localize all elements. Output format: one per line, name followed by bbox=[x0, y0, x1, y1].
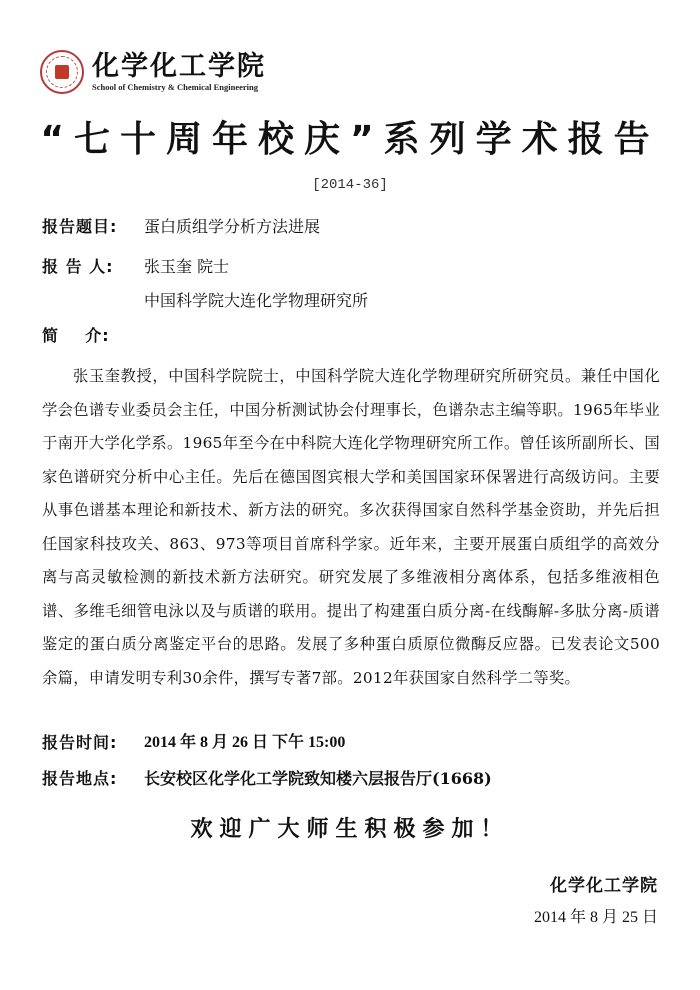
topic-label: 报告题目: bbox=[42, 215, 144, 239]
school-name-en: School of Chemistry & Chemical Engineeri… bbox=[92, 82, 266, 92]
school-logo: 化学化工学院 School of Chemistry & Chemical En… bbox=[40, 46, 275, 98]
time-label: 报告时间: bbox=[42, 731, 144, 755]
university-seal-icon bbox=[40, 50, 84, 94]
location-label: 报告地点: bbox=[42, 767, 144, 791]
speaker-label: 报 告 人: bbox=[42, 255, 144, 279]
time-value: 2014 年 8 月 26 日 下午 15:00 bbox=[144, 731, 345, 755]
page-title: “七十周年校庆”系列学术报告 bbox=[0, 110, 700, 170]
location-value: 长安校区化学化工学院致知楼六层报告厅(1668) bbox=[144, 767, 492, 791]
signature: 化学化工学院 bbox=[550, 871, 658, 896]
topic-field: 报告题目: 蛋白质组学分析方法进展 bbox=[42, 215, 320, 239]
report-code: [2014-36] bbox=[0, 177, 700, 193]
intro-label: 简 介: bbox=[42, 324, 144, 348]
welcome-message: 欢迎广大师生积极参加！ bbox=[0, 812, 700, 843]
speaker-bio: 张玉奎教授，中国科学院院士，中国科学院大连化学物理研究所研究员。兼任中国化学会色… bbox=[42, 360, 660, 695]
time-field: 报告时间: 2014 年 8 月 26 日 下午 15:00 bbox=[42, 731, 345, 755]
speaker-field: 报 告 人: 张玉奎 院士 bbox=[42, 255, 229, 279]
issue-date: 2014 年 8 月 25 日 bbox=[534, 904, 658, 927]
school-name-cn: 化学化工学院 bbox=[92, 52, 266, 82]
affiliation-value: 中国科学院大连化学物理研究所 bbox=[144, 289, 368, 313]
topic-value: 蛋白质组学分析方法进展 bbox=[144, 215, 320, 239]
speaker-value: 张玉奎 院士 bbox=[144, 255, 229, 279]
intro-field: 简 介: bbox=[42, 324, 144, 348]
affiliation-field: 中国科学院大连化学物理研究所 bbox=[42, 289, 368, 313]
location-field: 报告地点: 长安校区化学化工学院致知楼六层报告厅(1668) bbox=[42, 767, 492, 791]
